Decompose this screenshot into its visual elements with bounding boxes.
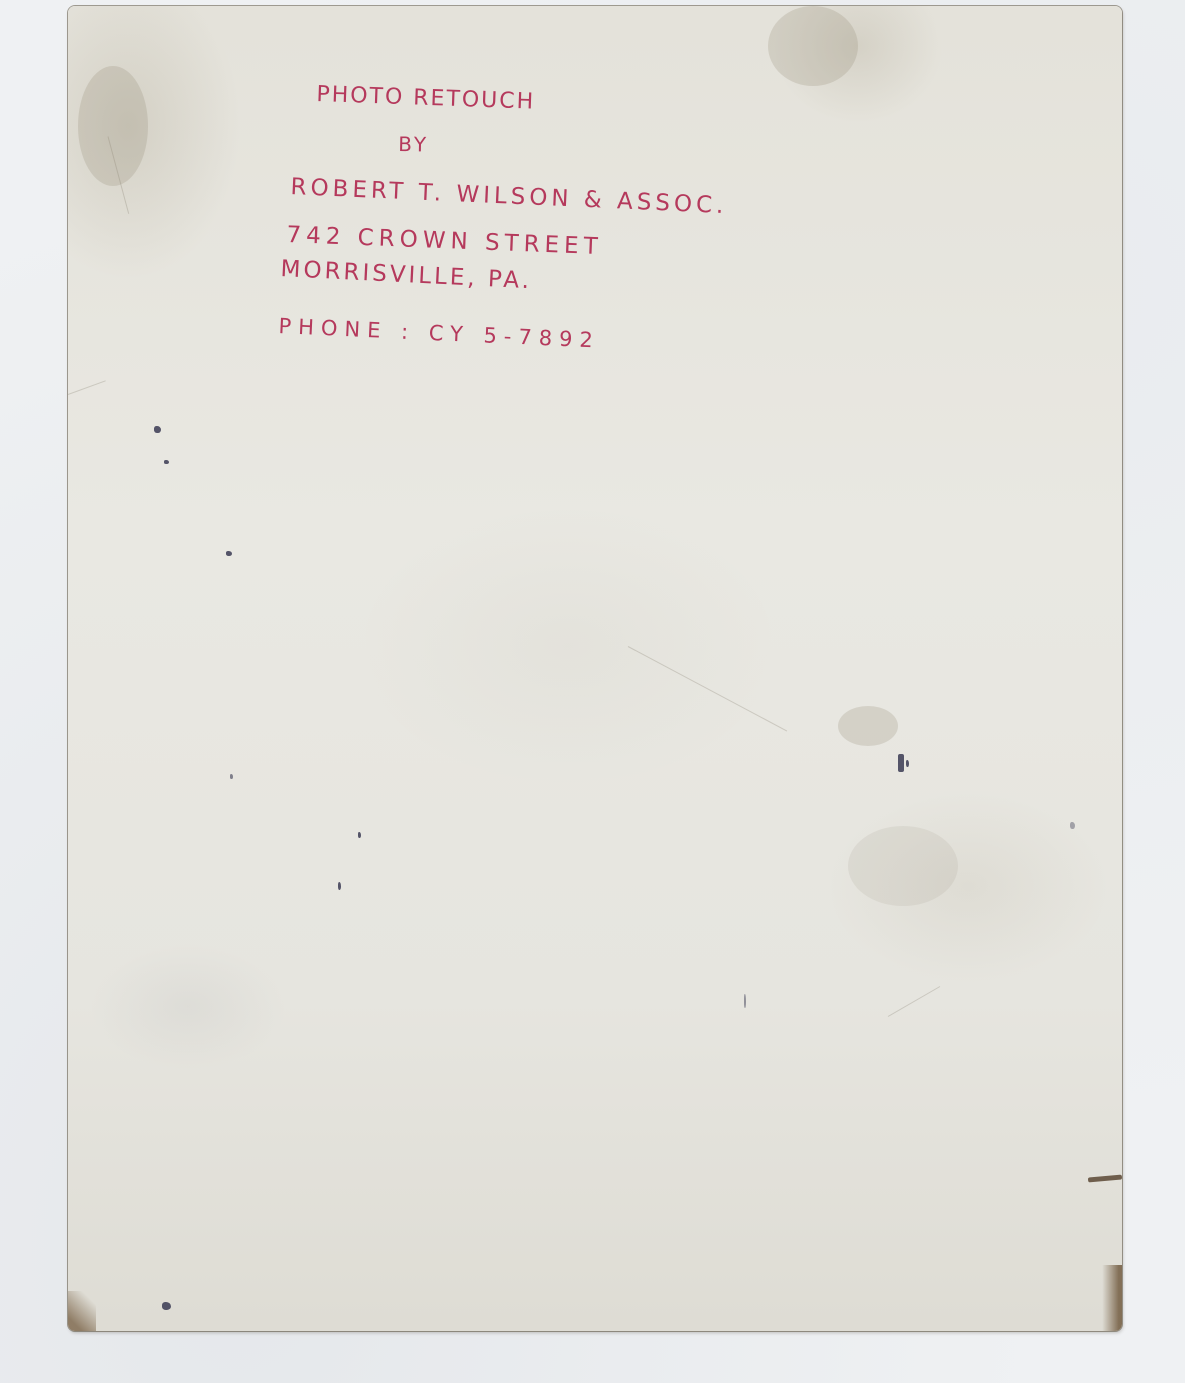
- ink-spot: [906, 760, 909, 767]
- stain: [78, 66, 148, 186]
- crease-line: [68, 380, 106, 395]
- ink-spot: [338, 882, 341, 890]
- ink-spot: [898, 754, 904, 772]
- ink-spot: [744, 994, 746, 1008]
- ink-spot: [154, 426, 161, 433]
- crease-line: [628, 646, 787, 731]
- photo-board-back: Photo Retouch By Robert T. Wilson & Asso…: [68, 6, 1122, 1331]
- note-line-name: Robert T. Wilson & Assoc.: [290, 174, 728, 219]
- ink-spot: [226, 551, 232, 556]
- note-line-by: By: [398, 132, 429, 157]
- stain: [838, 706, 898, 746]
- ink-spot: [230, 774, 233, 779]
- ink-spot: [1070, 822, 1075, 829]
- stain: [848, 826, 958, 906]
- crease-line: [888, 986, 940, 1017]
- worn-corner-bottom-left: [68, 1291, 96, 1331]
- ink-spot: [162, 1302, 171, 1310]
- ink-spot: [358, 832, 361, 838]
- note-line-street: 742 Crown Street: [286, 222, 603, 260]
- note-line-title: Photo Retouch: [316, 82, 536, 115]
- ink-spot: [164, 460, 169, 464]
- note-line-city: Morrisville, PA.: [280, 256, 533, 294]
- worn-corner-bottom-right: [1100, 1265, 1122, 1331]
- edge-tear: [1088, 1175, 1122, 1183]
- stain: [768, 6, 858, 86]
- note-line-phone: Phone : CY 5-7892: [278, 314, 600, 353]
